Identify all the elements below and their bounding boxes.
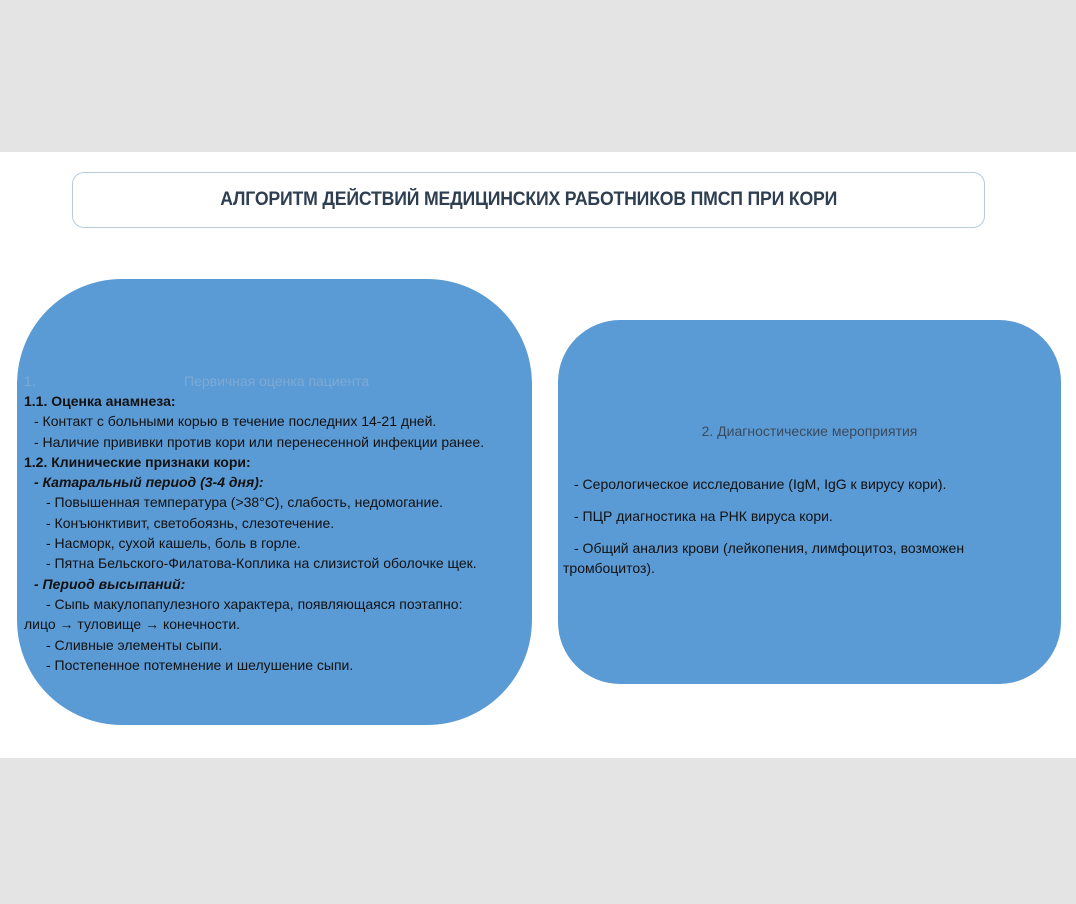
list-item: - Конъюнктивит, светобоязнь, слезотечени… (24, 513, 532, 533)
list-item: - Повышенная температура (>38°C), слабос… (24, 492, 532, 512)
diagnostics-block: 2. Диагностические мероприятия - Серолог… (558, 320, 1061, 684)
primary-assessment-content: 1. Первичная оценка пациента 1.1. Оценка… (24, 371, 532, 675)
list-item: - Постепенное потемнение и шелушение сып… (24, 655, 532, 675)
primary-assessment-lines: 1.1. Оценка анамнеза:- Контакт с больным… (24, 391, 532, 675)
primary-assessment-block: 1. Первичная оценка пациента 1.1. Оценка… (17, 279, 532, 725)
list-item: - Общий анализ крови (лейкопения, лимфоц… (563, 538, 1051, 578)
list-item: - Сливные элементы сыпи. (24, 635, 532, 655)
diagnostics-list: - Серологическое исследование (IgM, IgG … (563, 474, 1051, 590)
list-item: - ПЦР диагностика на РНК вируса кори. (563, 506, 1051, 526)
list-item: - Катаральный период (3-4 дня): (24, 472, 532, 492)
slide: АЛГОРИТМ ДЕЙСТВИЙ МЕДИЦИНСКИХ РАБОТНИКОВ… (0, 152, 1076, 758)
list-item: 1.2. Клинические признаки кори: (24, 452, 532, 472)
primary-assessment-heading: 1. Первичная оценка пациента (24, 371, 532, 391)
list-item-text: - Общий анализ крови (лейкопения, лимфоц… (563, 538, 1051, 558)
section-title: Первичная оценка пациента (184, 371, 369, 391)
diagnostics-heading: 2. Диагностические мероприятия (558, 423, 1061, 439)
list-item-continuation: тромбоцитоз). (563, 558, 1051, 578)
title-box: АЛГОРИТМ ДЕЙСТВИЙ МЕДИЦИНСКИХ РАБОТНИКОВ… (72, 172, 985, 228)
list-item: - Насморк, сухой кашель, боль в горле. (24, 533, 532, 553)
list-item: лицо → туловище → конечности. (24, 614, 532, 634)
list-item: 1.1. Оценка анамнеза: (24, 391, 532, 411)
list-item: - Сыпь макулопапулезного характера, появ… (24, 594, 532, 614)
list-item: - Контакт с больными корью в течение пос… (24, 411, 532, 431)
list-item: - Период высыпаний: (24, 574, 532, 594)
list-item: - Наличие прививки против кори или перен… (24, 432, 532, 452)
list-item: - Серологическое исследование (IgM, IgG … (563, 474, 1051, 494)
list-item-text: - Серологическое исследование (IgM, IgG … (563, 474, 1051, 494)
page-title: АЛГОРИТМ ДЕЙСТВИЙ МЕДИЦИНСКИХ РАБОТНИКОВ… (220, 189, 837, 211)
section-number: 1. (24, 371, 36, 391)
list-item: - Пятна Бельского-Филатова-Коплика на сл… (24, 553, 532, 573)
list-item-text: - ПЦР диагностика на РНК вируса кори. (563, 506, 1051, 526)
